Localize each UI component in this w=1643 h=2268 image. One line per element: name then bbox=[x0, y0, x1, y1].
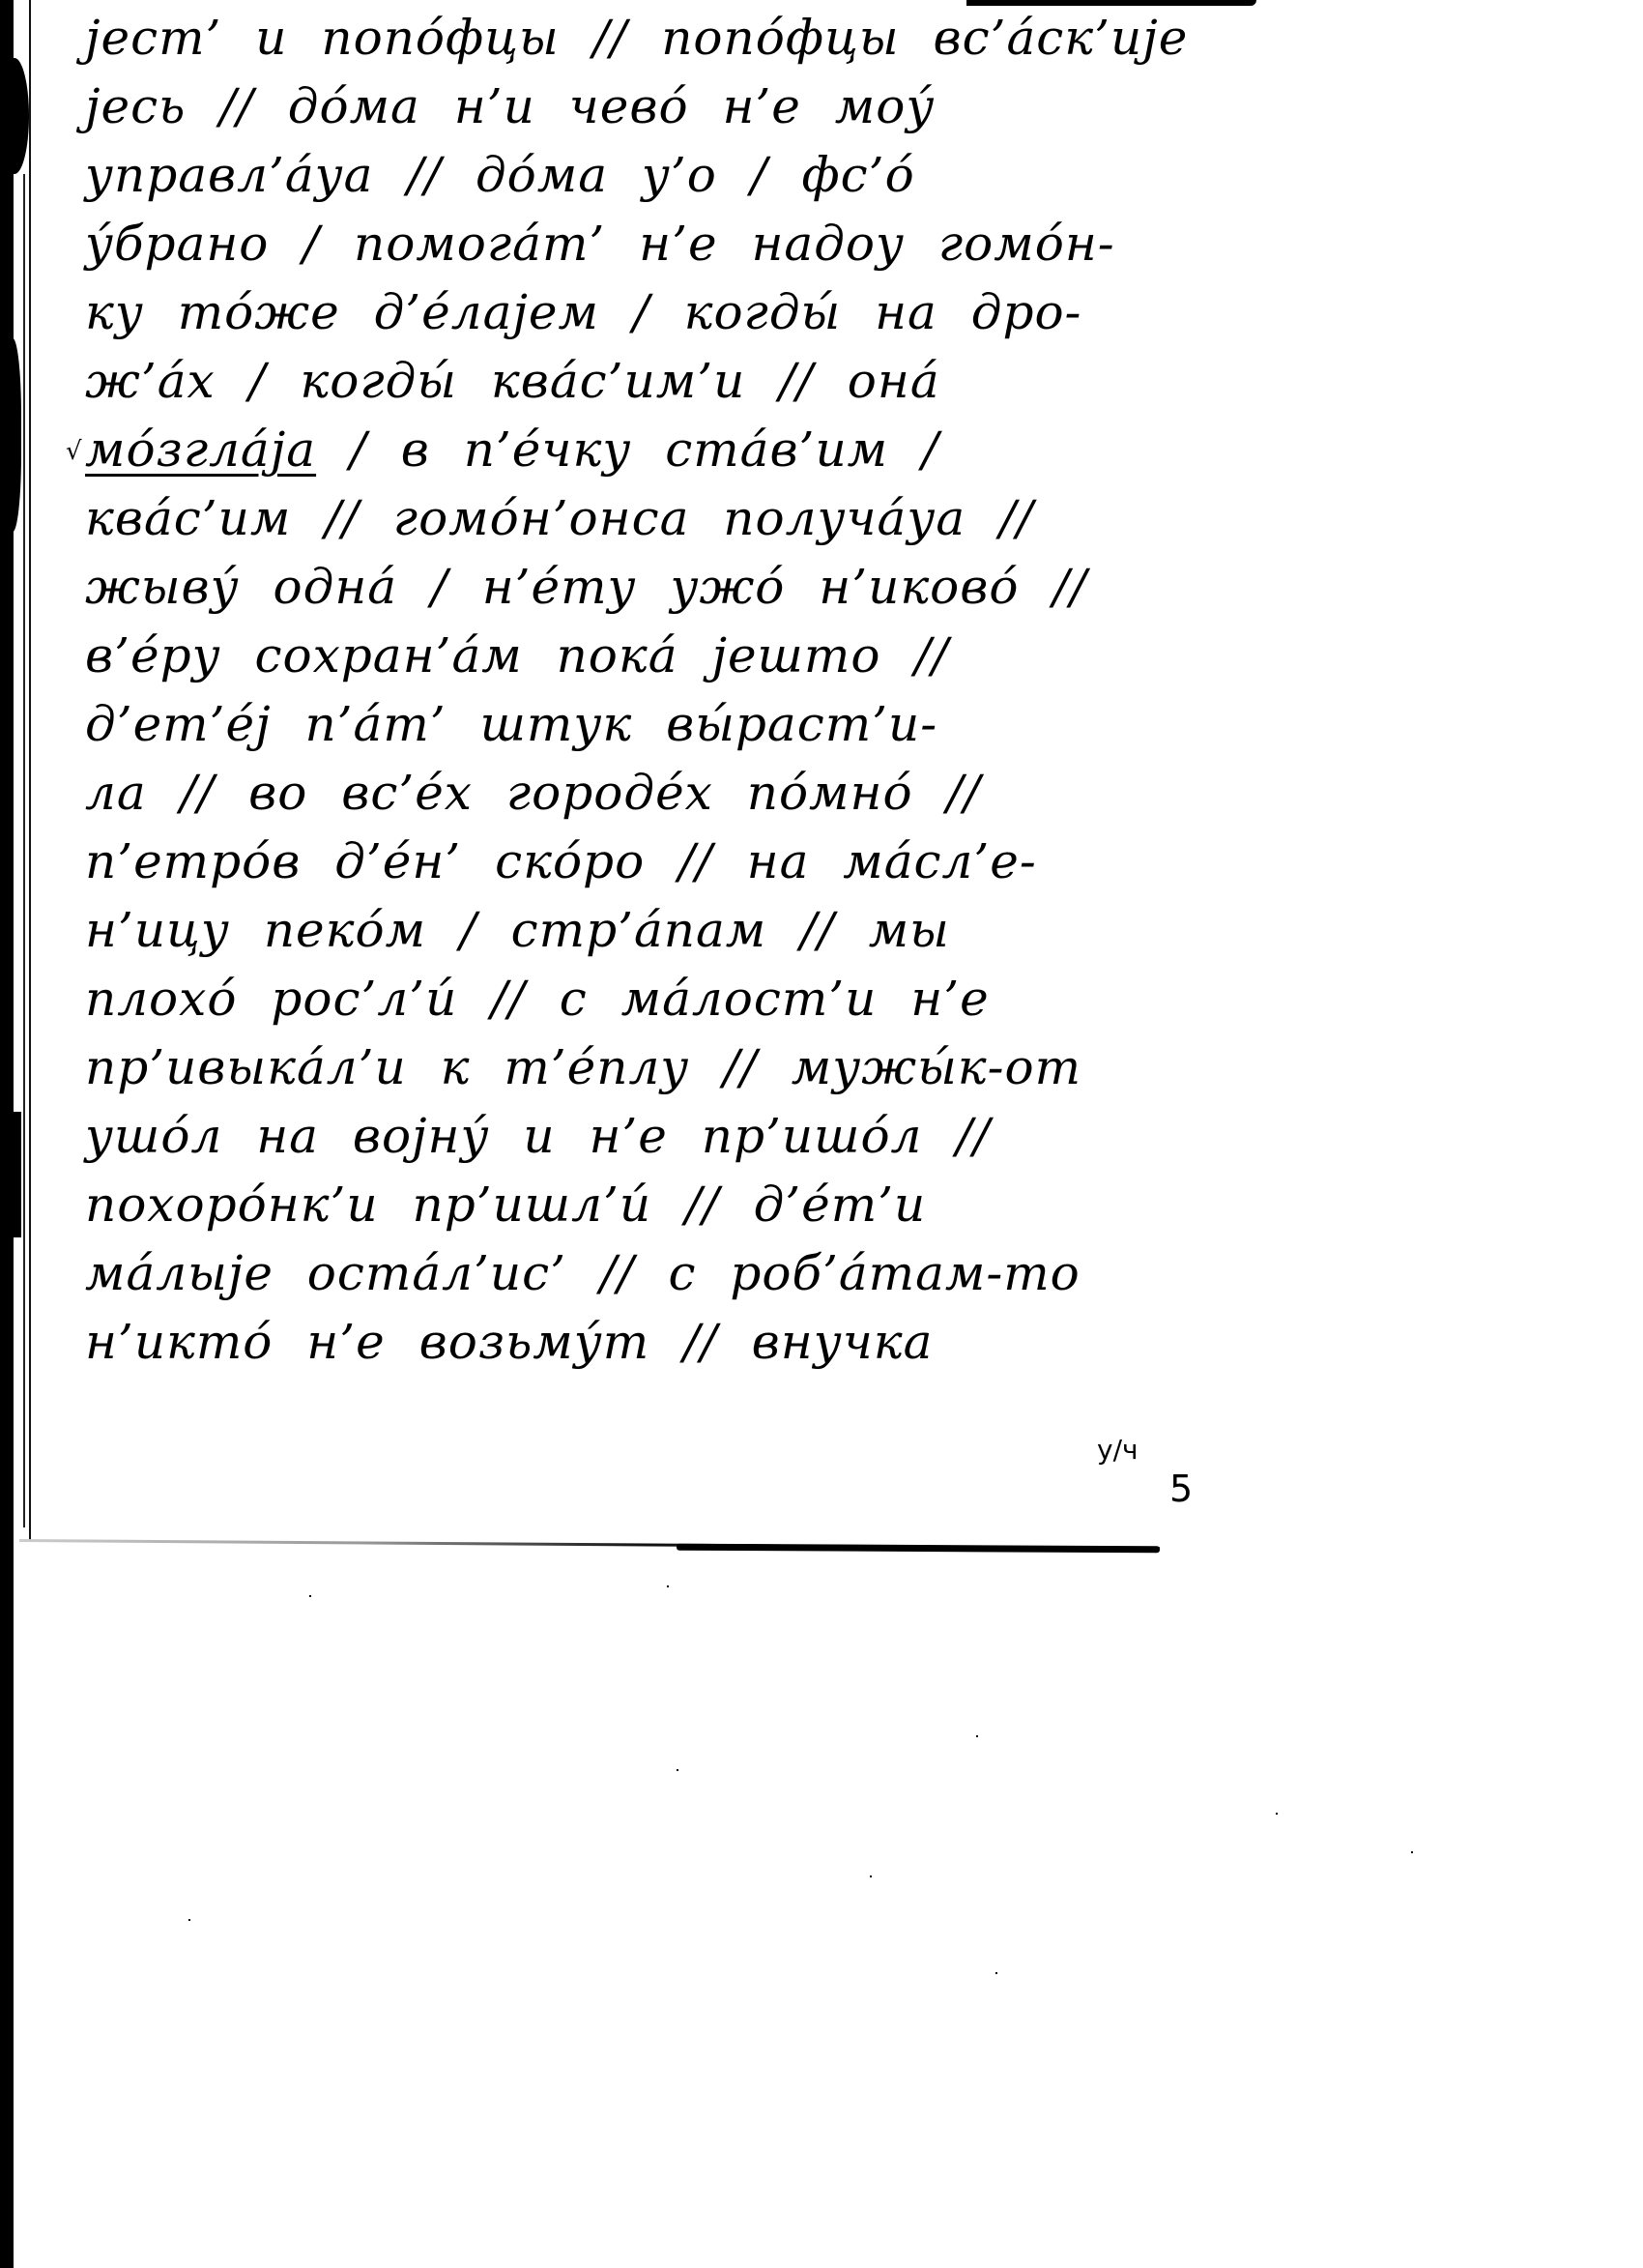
scan-speck bbox=[1276, 1813, 1278, 1815]
text-line: управл’а́уа // до́ма у’о / фс’о́ bbox=[85, 141, 1264, 210]
text-line: плохо́ рос’л’и́ // с ма́лост’и н’е bbox=[85, 965, 1264, 1033]
text-line: пр’ивыка́л’и к т’е́плу // мужы́к-от bbox=[85, 1033, 1264, 1102]
text-line: п’етро́в д’е́н’ ско́ро // на ма́сл’е- bbox=[85, 828, 1264, 896]
scan-edge-shadow bbox=[0, 338, 21, 532]
text-line: ма́лыје оста́л’ис’ // с роб’а́там-то bbox=[85, 1239, 1264, 1308]
text-line: јесь // до́ма н’и чево́ н’е моу́ bbox=[85, 73, 1264, 141]
text-line: н’икто́ н’е возьму́т // внучка bbox=[85, 1308, 1264, 1377]
page-number: 5 bbox=[1169, 1468, 1193, 1510]
scan-speck bbox=[188, 1919, 190, 1921]
scan-speck bbox=[677, 1769, 678, 1771]
scan-edge-shadow bbox=[0, 58, 29, 174]
scan-speck bbox=[976, 1735, 978, 1737]
text-line: ла // во вс’е́х городе́х по́мно́ // bbox=[85, 759, 1264, 828]
margin-checkmark: √ bbox=[66, 437, 82, 466]
handwritten-text-block: јест’ и попо́фцы // попо́фцы вс’а́ск’ије… bbox=[85, 4, 1264, 1377]
text-line-with-underline: мо́згла́ја / в п’е́чку ста́в’им / bbox=[85, 416, 1264, 484]
scanned-page: √ јест’ и попо́фцы // попо́фцы вс’а́ск’и… bbox=[0, 0, 1643, 2268]
text-line: у́брано / помога́т’ н’е надоу гомо́н- bbox=[85, 210, 1264, 278]
text-line: ку то́же д’е́лајем / когды́ на дро- bbox=[85, 278, 1264, 347]
underlined-word: мо́згла́ја bbox=[85, 422, 316, 478]
text-line: ушо́л на војну́ и н’е пр’ишо́л // bbox=[85, 1102, 1264, 1171]
text-line: н’ицу пеко́м / стр’а́пам // мы bbox=[85, 896, 1264, 965]
text-line: јест’ и попо́фцы // попо́фцы вс’а́ск’ије bbox=[85, 4, 1264, 73]
text-line-rest: / в п’е́чку ста́в’им / bbox=[316, 422, 939, 478]
bottom-rule-thick bbox=[677, 1544, 1160, 1554]
margin-rule bbox=[29, 0, 31, 1542]
text-line: в’е́ру сохран’а́м пока́ јешто // bbox=[85, 622, 1264, 690]
scan-speck bbox=[1411, 1851, 1413, 1853]
scan-speck bbox=[309, 1595, 311, 1597]
scan-speck bbox=[667, 1585, 669, 1587]
scan-speck bbox=[995, 1972, 997, 1974]
text-line: ж’а́х / когды́ ква́с’им’и // она́ bbox=[85, 347, 1264, 416]
text-line: похоро́нк’и пр’ишл’и́ // д’е́т’и bbox=[85, 1171, 1264, 1239]
scan-edge-shadow bbox=[0, 1112, 21, 1237]
text-line: жыву́ одна́ / н’е́ту ужо́ н’иково́ // bbox=[85, 553, 1264, 622]
margin-annotation: у/ч bbox=[1097, 1434, 1139, 1466]
scan-speck bbox=[870, 1875, 872, 1877]
text-line: ква́с’им // гомо́н’онса получа́уа // bbox=[85, 484, 1264, 553]
text-line: д’ет’е́ј п’а́т’ штук вы́раст’и- bbox=[85, 690, 1264, 759]
margin-rule bbox=[23, 174, 25, 1527]
